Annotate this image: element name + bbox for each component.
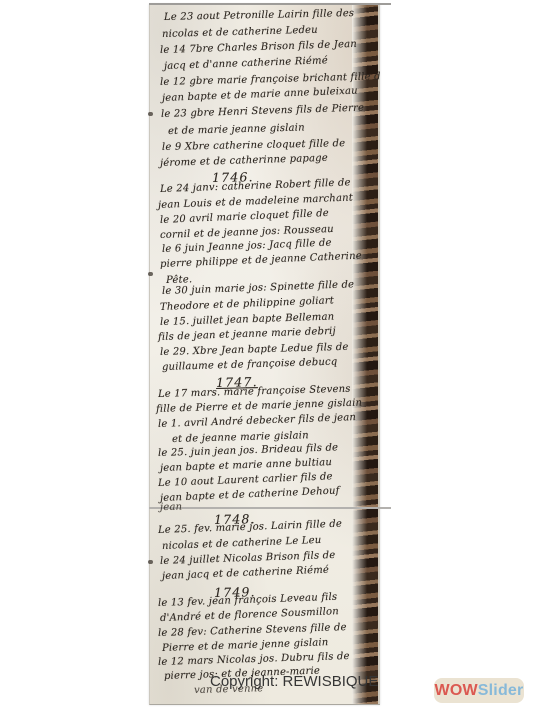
manuscript-line-38: jean jacq et de catherine Riémé <box>162 565 329 582</box>
manuscript-line-22: le 29. Xbre Jean bapte Ledue fils de <box>160 342 349 358</box>
manuscript-line-8: le 9 Xbre catherine cloquet fille de <box>162 138 346 153</box>
manuscript-line-32: jean bapte et de catherine Dehouf <box>160 485 340 504</box>
manuscript-line-21: fils de jean et jeanne marie debrij <box>158 326 336 343</box>
manuscript-line-19: Theodore et de philippine goliart <box>160 295 334 313</box>
badge-wow-text: WOW <box>435 682 478 700</box>
manuscript-line-35: Le 25. fev. marie jos. Lairin fille de <box>158 519 342 536</box>
manuscript-line-1: nicolas et de catherine Ledeu <box>162 25 318 40</box>
manuscript-line-11: Le 24 janv: catherine Robert fille de <box>160 177 351 195</box>
manuscript-line-6: le 23 gbre Henri Stevens fils de Pierre <box>161 103 364 120</box>
manuscript-line-28: et de jeanne marie gislain <box>172 430 309 445</box>
manuscript-line-41: d'André et de florence Sousmillon <box>160 606 339 624</box>
copyright-watermark: Copyright: REWISBIQUE <box>210 673 378 690</box>
wowslider-badge[interactable]: WOWSlider <box>434 678 524 703</box>
manuscript-line-3: jacq et d'anne catherine Riémé <box>164 55 328 72</box>
manuscript-line-9: jérome et de catherinne papage <box>160 153 328 169</box>
manuscript-slide-image[interactable]: Le 23 aout Petronille Lairin fille desni… <box>149 4 380 705</box>
manuscript-line-33: jean <box>160 502 182 513</box>
manuscript-line-2: le 14 7bre Charles Brison fils de Jean <box>160 39 357 56</box>
manuscript-line-29: le 25. juin jean jos. Brideau fils de <box>158 442 339 459</box>
manuscript-line-44: le 12 mars Nicolas jos. Dubru fils de <box>158 651 350 668</box>
manuscript-line-7: et de marie jeanne gislain <box>168 122 305 137</box>
slider-stage: Le 23 aout Petronille Lairin fille desni… <box>0 0 533 711</box>
manuscript-line-20: le 15. juillet jean bapte Belleman <box>160 312 335 328</box>
manuscript-line-27: le 1. avril André debecker fils de jean <box>158 412 356 430</box>
manuscript-line-0: Le 23 aout Petronille Lairin fille des <box>164 8 354 23</box>
manuscript-line-42: le 28 fev: Catherine Stevens fille de <box>158 622 347 639</box>
manuscript-line-23: guillaume et de françoise debucq <box>162 356 338 373</box>
manuscript-line-36: nicolas et de catherine Le Leu <box>162 535 322 552</box>
handwritten-text: Le 23 aout Petronille Lairin fille desni… <box>150 4 380 704</box>
manuscript-line-5: jean bapte et de marie anne buleixau <box>162 85 358 104</box>
manuscript-line-13: le 20 avril marie cloquet fille de <box>160 208 329 226</box>
badge-slider-text: Slider <box>478 682 524 700</box>
manuscript-line-25: Le 17 mars. marie françoise Stevens <box>158 384 351 400</box>
